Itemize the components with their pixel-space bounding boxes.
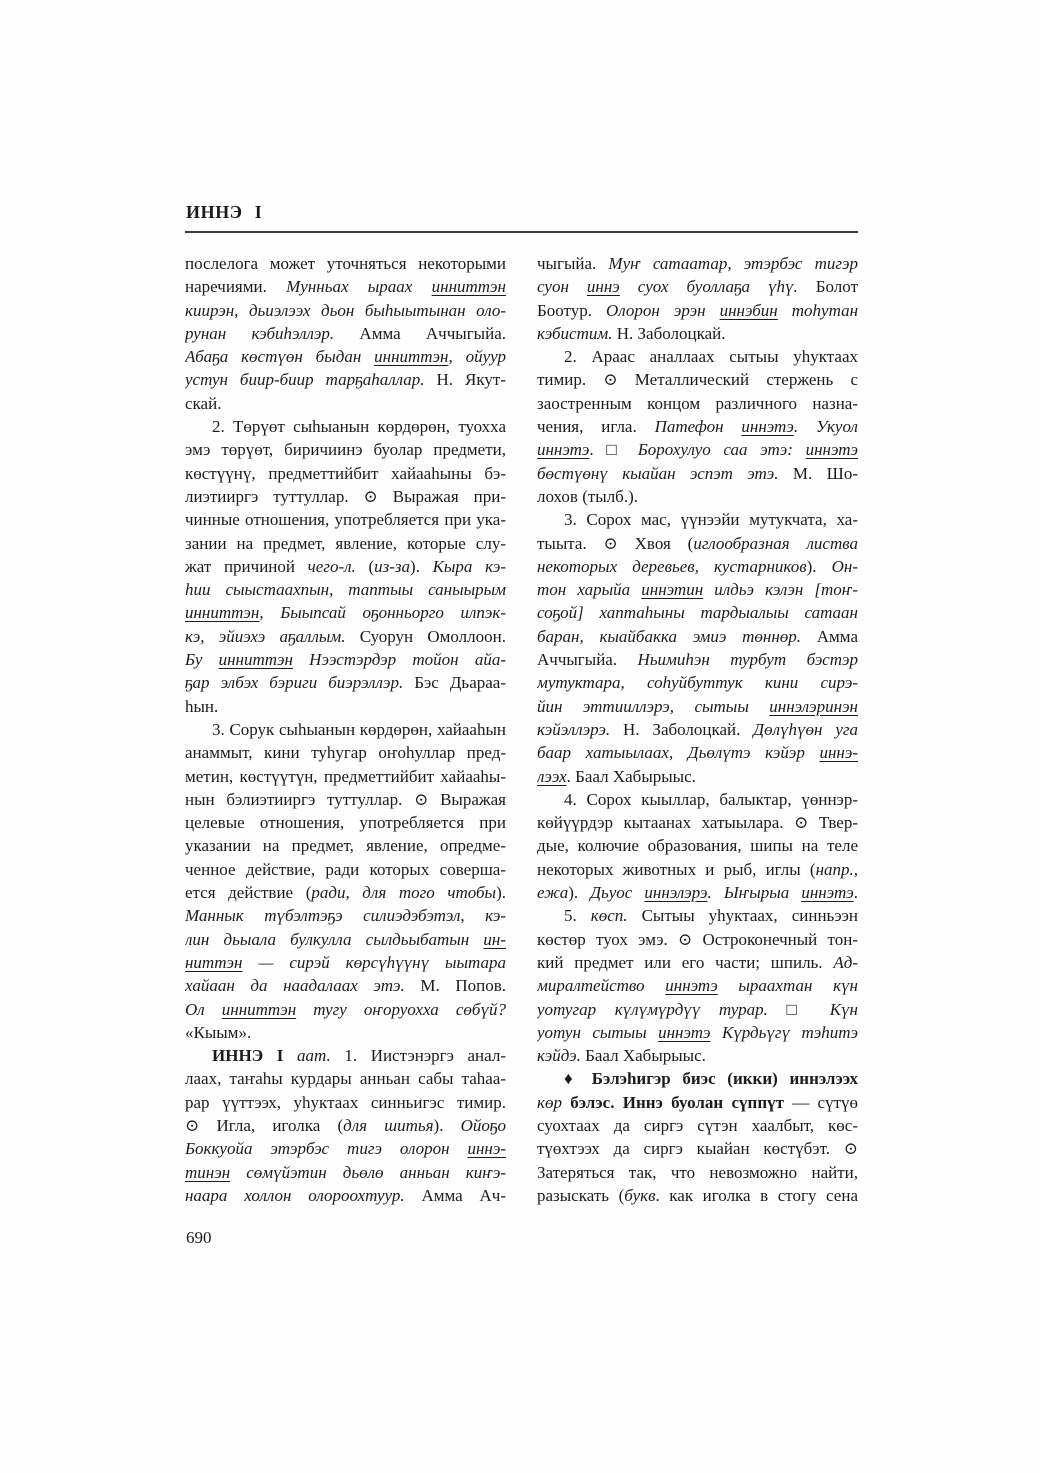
text-segment: Борохулуо саа этэ: [638, 440, 806, 459]
text-segment: лин дьыала булкулла сылдьыбатын [185, 930, 483, 949]
text-segment: кэбистим. [537, 324, 612, 343]
text-line: 2. Төрүөт сыһыанын көрдөрөн, туохха [185, 415, 506, 438]
text-line: ченное действие, ради которых соверша- [185, 858, 506, 881]
text-segment: йин эттииллэрэ, сытыы [537, 697, 769, 716]
text-line: 5. көсп. Сытыы уһуктаах, синньээн [537, 904, 858, 927]
text-segment: тинэн [185, 1163, 230, 1182]
text-line: кэйдэ. Баал Хабырыыс. [537, 1044, 858, 1067]
text-segment: из-за [374, 557, 410, 576]
text-line: метин, көстүүтүн, предметтийбит хайааһы- [185, 765, 506, 788]
text-segment: ). [568, 883, 590, 902]
text-segment: ыраахтан күн [718, 976, 858, 995]
text-line: тинэн сөмүйэтин дьөлө анньан киҥэ- [185, 1161, 506, 1184]
right-column: чыгыйа. Муҥ сатаатар, этэрбэс тигэрсуон … [537, 252, 858, 1207]
text-line: Бу инниттэн Нээстэрдэр тойон айа- [185, 648, 506, 671]
text-segment: — сүтүө [784, 1093, 858, 1112]
text-segment: уотугар күлүмүрдүү турар. [537, 1000, 768, 1019]
text-line: суон иннэ суох буоллаҕа үһү. Болот [537, 275, 858, 298]
text-line: «Кыым». [185, 1021, 506, 1044]
text-line: ♦ Бэлэһигэр биэс (икки) иннэлээх [537, 1067, 858, 1090]
text-line: рар үүттээх, уһуктаах синньигэс тимир. [185, 1091, 506, 1114]
text-segment: баар хатыылаах, Дьөлүтэ кэйэр [537, 743, 819, 762]
text-segment: чего-л. [308, 557, 356, 576]
text-segment: ради, для того чтобы [311, 883, 496, 902]
text-segment: Н. Заболоцкай. [612, 324, 725, 343]
text-line: ⊙ Игла, иголка (для шитья). Ойоҕо [185, 1114, 506, 1137]
text-segment: наара холлон олороохтуур. [185, 1186, 405, 1205]
text-line: ниттэн — сирэй көрсүһүүнү ыытара [185, 951, 506, 974]
text-line: нын бэлиэтииргэ туттуллар. ⊙ Выражая [185, 788, 506, 811]
text-segment: Кыра кэ- [433, 557, 506, 576]
text-segment: Амма [801, 627, 858, 646]
text-segment: Затеряться так, что невозможно найти, [537, 1163, 858, 1182]
text-line: кий предмет или его части; шпиль. Ад- [537, 951, 858, 974]
text-segment: суохтаах да сиргэ сүтэн хаалбыт, көс- [537, 1116, 858, 1135]
text-segment: баран, кыайбакка эмиэ төннөр. [537, 627, 801, 646]
text-segment: һын. [185, 697, 218, 716]
text-segment: илдьэ кэлэн [тоҥ- [703, 580, 858, 599]
text-segment: Аччыгыйа. [537, 650, 638, 669]
text-segment: рар үүттээх, уһуктаах синньигэс тимир. [185, 1093, 506, 1112]
text-line: некоторых животных и рыб, иглы (напр., [537, 858, 858, 881]
text-segment: инниттэн [219, 650, 293, 669]
text-segment: тон харыйа [537, 580, 641, 599]
text-segment: 3. Сорох мас, үүнээйи мутукчата, ха- [564, 510, 858, 529]
text-line: инниттэн, Быыпсай оҕонньорго илпэк- [185, 601, 506, 624]
text-segment: һии сыыстаахпын, таптыы саныырым [185, 580, 506, 599]
text-segment: Абаҕа көстүөн быдан [185, 347, 374, 366]
text-segment: Боккуойа этэрбэс тигэ олорон [185, 1139, 467, 1158]
text-segment: кэ, эйиэхэ аҕаллым. [185, 627, 345, 646]
text-segment: тугу оҥоруохха сөбүй? [296, 1000, 506, 1019]
text-line: рунан кэбиһэллэр. Амма Аччыгыйа. [185, 322, 506, 345]
text-line: кэйэллэрэ. Н. Заболоцкай. Дөлүһүөн уга [537, 718, 858, 741]
text-segment: Сытыы уһуктаах, синньээн [628, 906, 858, 925]
text-line: Ол инниттэн тугу оҥоруохха сөбүй? [185, 998, 506, 1021]
left-column: послелога может уточняться некоторыминар… [185, 252, 506, 1207]
text-segment: ). [496, 883, 506, 902]
text-segment: Олорон эрэн [606, 301, 720, 320]
text-segment: Күн [830, 1000, 858, 1019]
text-segment: нын бэлиэтииргэ туттуллар. ⊙ Выражая [185, 790, 506, 809]
header-rule [185, 231, 858, 233]
text-line: хайаан да наадалаах этэ. М. Попов. [185, 974, 506, 997]
text-segment: Суорун Омоллоон. [345, 627, 506, 646]
text-line: чыгыйа. Муҥ сатаатар, этэрбэс тигэр [537, 252, 858, 275]
text-segment: уотун сытыы [537, 1023, 658, 1042]
text-segment: устун биир-биир тарҕаһаллар. [185, 370, 425, 389]
text-line: 3. Сорох мас, үүнээйи мутукчата, ха- [537, 508, 858, 531]
text-line: баар хатыылаах, Дьөлүтэ кэйэр иннэ- [537, 741, 858, 764]
text-segment: , Быыпсай оҕонньорго илпэк- [259, 603, 506, 622]
text-segment: түөхтээх да сиргэ кыайан көстүбэт. ⊙ [537, 1139, 858, 1158]
text-line: мутуктара, соһуйбуттук кини сирэ- [537, 671, 858, 694]
text-segment: Болот [798, 277, 858, 296]
text-segment: көстөр туох эмэ. ⊙ Остроконечный тон- [537, 930, 858, 949]
text-segment: суох буоллаҕа үһү. [620, 277, 798, 296]
text-segment: чыгыйа. [537, 254, 608, 273]
text-segment: . [854, 883, 858, 902]
text-segment: ин- [483, 930, 506, 949]
text-segment: иннэлэрэ [644, 883, 707, 902]
text-line: Затеряться так, что невозможно найти, [537, 1161, 858, 1184]
text-segment: иннэбин [720, 301, 778, 320]
text-segment: көйүүрдэр кытаанах хатыылара. ⊙ Твер- [537, 813, 858, 832]
text-segment: кэйдэ. [537, 1046, 581, 1065]
text-segment: чения, игла. [537, 417, 655, 436]
text-segment: 3. Сорук сыһыанын көрдөрөн, хайааһын [212, 720, 506, 739]
text-line: бөстүөнү кыайан эспэт этэ. М. Шо- [537, 462, 858, 485]
text-line: анаммыт, кини туһугар оҥоһуллар пред- [185, 741, 506, 764]
text-segment: ( [356, 557, 374, 576]
text-segment: Бэс Дьараа- [403, 673, 506, 692]
text-segment: 2. Төрүөт сыһыанын көрдөрөн, туохха [212, 417, 506, 436]
text-segment: некоторых деревьев, кустарников [537, 557, 807, 576]
text-segment: бөстүөнү кыайан эспэт этэ. [537, 464, 779, 483]
text-line: жат причиной чего-л. (из-за). Кыра кэ- [185, 555, 506, 578]
text-segment: букв [624, 1186, 655, 1205]
text-segment: . Ыҥырыа [708, 883, 802, 902]
text-line: указании на предмет, явление, опредме- [185, 834, 506, 857]
text-line: Боотур. Олорон эрэн иннэбин тоһутан [537, 299, 858, 322]
text-segment: инниттэн [432, 277, 506, 296]
text-segment: лаах, таҥаһы курдары анньан сабы таһаа- [185, 1069, 506, 1088]
text-segment: рунан кэбиһэллэр. [185, 324, 334, 343]
text-segment: ). [434, 1116, 461, 1135]
text-line: һын. [185, 695, 506, 718]
text-line: ется действие (ради, для того чтобы). [185, 881, 506, 904]
text-line: ИННЭ I аат. 1. Иистэнэргэ анал- [185, 1044, 506, 1067]
text-segment: иннэтэ [741, 417, 793, 436]
text-segment: М. Попов. [405, 976, 506, 995]
text-line: целевые отношения, употребляется при [185, 811, 506, 834]
text-line: послелога может уточняться некоторыми [185, 252, 506, 275]
text-segment: Боотур. [537, 301, 606, 320]
text-line: йин эттииллэрэ, сытыы иннэлэринэн [537, 695, 858, 718]
text-segment: Маннык түбэлтэҕэ силиэдэбэтэл, кэ- [185, 906, 506, 925]
text-line: наречиями. Мунньах ыраах инниттэн [185, 275, 506, 298]
text-line: миралтейство иннэтэ ыраахтан күн [537, 974, 858, 997]
text-segment: Амма Аччыгыйа. [334, 324, 506, 343]
text-segment: Амма Ач- [405, 1186, 506, 1205]
text-line: кэбистим. Н. Заболоцкай. [537, 322, 858, 345]
text-segment: лохов (тылб.). [537, 487, 638, 506]
text-segment: 1. Иистэнэргэ анал- [331, 1046, 506, 1065]
text-segment: Муҥ сатаатар, этэрбэс тигэр [608, 254, 858, 273]
text-segment: Нээстэрдэр тойон айа- [293, 650, 506, 669]
text-segment: мутуктара, соһуйбуттук кини сирэ- [537, 673, 858, 692]
text-segment: напр., [816, 860, 858, 879]
page-number: 690 [186, 1228, 212, 1248]
text-segment: Н. Якут- [425, 370, 506, 389]
text-segment: ♦ Бэлэһигэр биэс (икки) иннэлээх [564, 1069, 858, 1088]
text-line: көйүүрдэр кытаанах хатыылара. ⊙ Твер- [537, 811, 858, 834]
text-segment: миралтейство [537, 976, 665, 995]
text-segment: Күрдьүгү тэһитэ [711, 1023, 858, 1042]
text-segment: Н. Заболоцкай. [610, 720, 753, 739]
text-line: тимир. ⊙ Металлический стержень с [537, 368, 858, 391]
text-segment: Ад- [833, 953, 858, 972]
text-segment: ется действие ( [185, 883, 311, 902]
text-segment: Он- [832, 557, 858, 576]
text-segment: целевые отношения, употребляется при [185, 813, 506, 832]
text-line: Боккуойа этэрбэс тигэ олорон иннэ- [185, 1137, 506, 1160]
text-segment: для шитья [343, 1116, 433, 1135]
text-segment: иннэтэ [537, 440, 589, 459]
text-line: суохтаах да сиргэ сүтэн хаалбыт, көс- [537, 1114, 858, 1137]
text-segment: Ньимиһэн турбут бэстэр [638, 650, 858, 669]
text-segment: ежа [537, 883, 568, 902]
text-line: Аччыгыйа. Ньимиһэн турбут бэстэр [537, 648, 858, 671]
text-segment: иннэтэ [665, 976, 717, 995]
text-segment: иннэ [587, 277, 620, 296]
text-segment: ИННЭ I [212, 1046, 297, 1065]
text-segment: Дьуос [590, 883, 644, 902]
text-segment: аат. [297, 1046, 331, 1065]
text-line: баран, кыайбакка эмиэ төннөр. Амма [537, 625, 858, 648]
text-segment: иннэ- [467, 1139, 506, 1158]
text-segment: анаммыт, кини туһугар оҥоһуллар пред- [185, 743, 506, 762]
text-segment: 2. Араас аналлаах сытыы уһуктаах [564, 347, 858, 366]
text-segment: 4. Сорох кыыллар, балыктар, үөннэр- [564, 790, 858, 809]
text-line: разыскать (букв. как иголка в стогу сена [537, 1184, 858, 1207]
text-segment: Баал Хабырыыс. [581, 1046, 706, 1065]
text-segment: метин, көстүүтүн, предметтийбит хайааһы- [185, 767, 506, 786]
text-segment: Ойоҕо [461, 1116, 506, 1135]
text-segment: бэлэс. Иннэ буолан сүппүт [570, 1093, 784, 1112]
text-line: 3. Сорук сыһыанын көрдөрөн, хайааһын [185, 718, 506, 741]
text-line: ҕар элбэх бэриги биэрэллэр. Бэс Дьараа- [185, 671, 506, 694]
text-line: лээх. Баал Хабырыыс. [537, 765, 858, 788]
text-line: тыыта. ⊙ Хвоя (иглообразная листва [537, 532, 858, 555]
text-segment: көсп. [591, 906, 628, 925]
text-segment: иннэтэ [801, 883, 853, 902]
text-segment: ниттэн [185, 953, 242, 972]
text-segment: ҕар элбэх бэриги биэрэллэр. [185, 673, 403, 692]
text-line: кэ, эйиэхэ аҕаллым. Суорун Омоллоон. [185, 625, 506, 648]
text-segment: . как иголка в стогу сена [655, 1186, 858, 1205]
text-line: көстөр туох эмэ. ⊙ Остроконечный тон- [537, 928, 858, 951]
text-segment: □ [768, 1000, 830, 1019]
text-line: көр бэлэс. Иннэ буолан сүппүт — сүтүө [537, 1091, 858, 1114]
text-segment: эмэ төрүөт, биричиинэ буолар предмети, [185, 440, 506, 459]
text-segment: тоһутан [778, 301, 858, 320]
text-line: лохов (тылб.). [537, 485, 858, 508]
text-line: Маннык түбэлтэҕэ силиэдэбэтэл, кэ- [185, 904, 506, 927]
text-segment: чинные отношения, употребляется при ука- [185, 510, 506, 529]
text-line: чения, игла. Патефон иннэтэ. Укуол [537, 415, 858, 438]
text-line: көстүүнү, предметтийбит хайааһыны бэ- [185, 462, 506, 485]
text-segment: некоторых животных и рыб, иглы ( [537, 860, 816, 879]
text-segment: зании на предмет, явление, которые слу- [185, 534, 506, 553]
text-line: некоторых деревьев, кустарников). Он- [537, 555, 858, 578]
text-line: Абаҕа көстүөн быдан инниттэн, ойуур [185, 345, 506, 368]
text-segment: суон [537, 277, 587, 296]
text-segment: иннэтэ [658, 1023, 710, 1042]
text-segment: Бу [185, 650, 219, 669]
text-segment: тимир. ⊙ Металлический стержень с [537, 370, 858, 389]
text-segment: . Укуол [794, 417, 858, 436]
text-segment: тыыта. ⊙ Хвоя ( [537, 534, 693, 553]
text-segment: Ол [185, 1000, 222, 1019]
text-segment: ). [807, 557, 832, 576]
text-line: заостренным концом различного назна- [537, 392, 858, 415]
text-segment: иннэлэринэн [769, 697, 858, 716]
text-segment: указании на предмет, явление, опредме- [185, 836, 506, 855]
text-line: 2. Араас аналлаах сытыы уһуктаах [537, 345, 858, 368]
text-segment: . Баал Хабырыыс. [567, 767, 696, 786]
text-line: скай. [185, 392, 506, 415]
text-line: зании на предмет, явление, которые слу- [185, 532, 506, 555]
text-line: устун биир-биир тарҕаһаллар. Н. Якут- [185, 368, 506, 391]
text-line: уотун сытыы иннэтэ Күрдьүгү тэһитэ [537, 1021, 858, 1044]
text-segment: соҕой] хаптаһыны тардыалыы сатаан [537, 603, 858, 622]
text-line: киирэн, дьиэлээх дьон быһыытынан оло- [185, 299, 506, 322]
text-segment: 5. [564, 906, 591, 925]
text-segment: ). [410, 557, 433, 576]
text-line: ежа). Дьуос иннэлэрэ. Ыҥырыа иннэтэ. [537, 881, 858, 904]
dictionary-page: ИННЭ I послелога может уточняться некото… [0, 0, 1040, 1473]
text-segment: кэйэллэрэ. [537, 720, 610, 739]
text-line: түөхтээх да сиргэ кыайан көстүбэт. ⊙ [537, 1137, 858, 1160]
text-segment: Дөлүһүөн уга [753, 720, 858, 739]
text-segment: наречиями. [185, 277, 286, 296]
text-segment: инниттэн [222, 1000, 296, 1019]
text-segment: иннэтэ [806, 440, 858, 459]
text-segment: разыскать ( [537, 1186, 624, 1205]
text-segment: , ойуур [449, 347, 506, 366]
text-columns: послелога может уточняться некоторыминар… [185, 252, 858, 1207]
text-segment: ченное действие, ради которых соверша- [185, 860, 506, 879]
text-segment: иннэ- [819, 743, 858, 762]
text-segment: көстүүнү, предметтийбит хайааһыны бэ- [185, 464, 506, 483]
text-segment: дые, колючие образования, шипы на теле [537, 836, 858, 855]
text-segment: . □ [589, 440, 637, 459]
text-segment: инниттэн [185, 603, 259, 622]
text-segment: «Кыым». [185, 1023, 251, 1042]
text-line: наара холлон олороохтуур. Амма Ач- [185, 1184, 506, 1207]
text-segment: Патефон [655, 417, 742, 436]
text-line: эмэ төрүөт, биричиинэ буолар предмети, [185, 438, 506, 461]
text-segment: Мунньах ыраах [286, 277, 432, 296]
text-line: уотугар күлүмүрдүү турар. □ Күн [537, 998, 858, 1021]
text-segment: жат причиной [185, 557, 308, 576]
text-segment: көр [537, 1093, 570, 1112]
text-segment: М. Шо- [779, 464, 858, 483]
running-head: ИННЭ I [186, 202, 262, 223]
text-segment: сөмүйэтин дьөлө анньан киҥэ- [230, 1163, 506, 1182]
text-segment: кий предмет или его части; шпиль. [537, 953, 833, 972]
text-segment: лиэтииргэ туттуллар. ⊙ Выражая при- [185, 487, 506, 506]
text-line: соҕой] хаптаһыны тардыалыы сатаан [537, 601, 858, 624]
text-segment: скай. [185, 394, 221, 413]
text-segment: ⊙ Игла, иголка ( [185, 1116, 343, 1135]
text-segment: — сирэй көрсүһүүнү ыытара [242, 953, 506, 972]
text-segment: заостренным концом различного назна- [537, 394, 858, 413]
text-line: дые, колючие образования, шипы на теле [537, 834, 858, 857]
text-line: иннэтэ. □ Борохулуо саа этэ: иннэтэ [537, 438, 858, 461]
text-line: чинные отношения, употребляется при ука- [185, 508, 506, 531]
text-segment: иннэтин [641, 580, 703, 599]
text-line: лаах, таҥаһы курдары анньан сабы таһаа- [185, 1067, 506, 1090]
text-segment: лээх [537, 767, 567, 786]
text-line: лин дьыала булкулла сылдьыбатын ин- [185, 928, 506, 951]
text-segment: хайаан да наадалаах этэ. [185, 976, 405, 995]
text-line: 4. Сорох кыыллар, балыктар, үөннэр- [537, 788, 858, 811]
text-segment: послелога может уточняться некоторыми [185, 254, 506, 273]
text-segment: инниттэн [374, 347, 448, 366]
text-line: лиэтииргэ туттуллар. ⊙ Выражая при- [185, 485, 506, 508]
text-line: һии сыыстаахпын, таптыы саныырым [185, 578, 506, 601]
text-segment: иглообразная листва [693, 534, 858, 553]
text-line: тон харыйа иннэтин илдьэ кэлэн [тоҥ- [537, 578, 858, 601]
text-segment: киирэн, дьиэлээх дьон быһыытынан оло- [185, 301, 506, 320]
